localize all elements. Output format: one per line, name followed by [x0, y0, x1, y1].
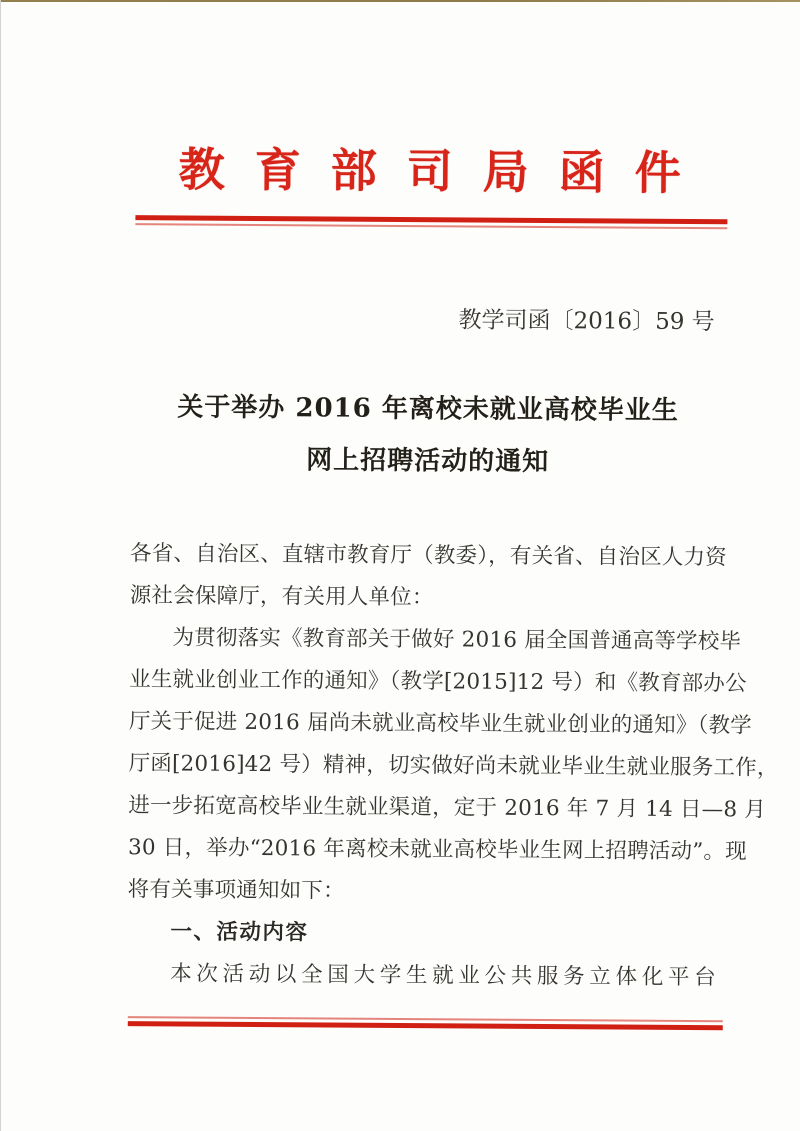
document-body: 各省、自治区、直辖市教育厅（教委），有关省、自治区人力资 源社会保障厅，有关用人…	[127, 533, 724, 999]
document-title: 关于举办 2016 年离校未就业高校毕业生 网上招聘活动的通知	[104, 381, 753, 490]
body-line-salutation-1: 各省、自治区、直辖市教育厅（教委），有关省、自治区人力资	[130, 533, 724, 579]
body-line-para2-1: 本次活动以全国大学生就业公共服务立体化平台	[127, 953, 721, 999]
body-line-salutation-2: 源社会保障厅，有关用人单位：	[130, 575, 724, 621]
footer-rule-thick	[128, 1021, 723, 1030]
body-line-para1-7: 将有关事项通知如下：	[128, 869, 722, 915]
document-title-line1: 关于举办 2016 年离校未就业高校毕业生	[104, 381, 752, 438]
letterhead-title: 教育部司局函件	[106, 144, 754, 199]
body-line-para1-5: 进一步拓宽高校毕业生就业渠道，定于 2016 年 7 月 14 日—8 月	[128, 785, 722, 831]
document-number: 教学司函〔2016〕59 号	[132, 304, 726, 336]
section-heading-activity-content: 一、活动内容	[127, 911, 721, 957]
body-line-para1-4: 厅函[2016]42 号）精神，切实做好尚未就业毕业生就业服务工作，	[128, 743, 722, 789]
body-line-para1-3: 厅关于促进 2016 届尚未就业高校毕业生就业创业的通知》（教学	[129, 701, 723, 747]
body-line-para1-6: 30 日，举办“2016 年离校未就业高校毕业生网上招聘活动”。现	[128, 827, 722, 873]
letterhead-rule-thin	[135, 223, 727, 229]
scanned-document-page: 教育部司局函件 教学司函〔2016〕59 号 关于举办 2016 年离校未就业高…	[0, 0, 800, 1131]
body-line-para1-1: 为贯彻落实《教育部关于做好 2016 届全国普通高等学校毕	[129, 617, 723, 663]
document-title-line2: 网上招聘活动的通知	[104, 433, 752, 490]
document-sheet: 教育部司局函件 教学司函〔2016〕59 号 关于举办 2016 年离校未就业高…	[0, 0, 800, 1131]
body-line-para1-2: 业生就业创业工作的通知》（教学[2015]12 号）和《教育部办公	[129, 659, 723, 705]
